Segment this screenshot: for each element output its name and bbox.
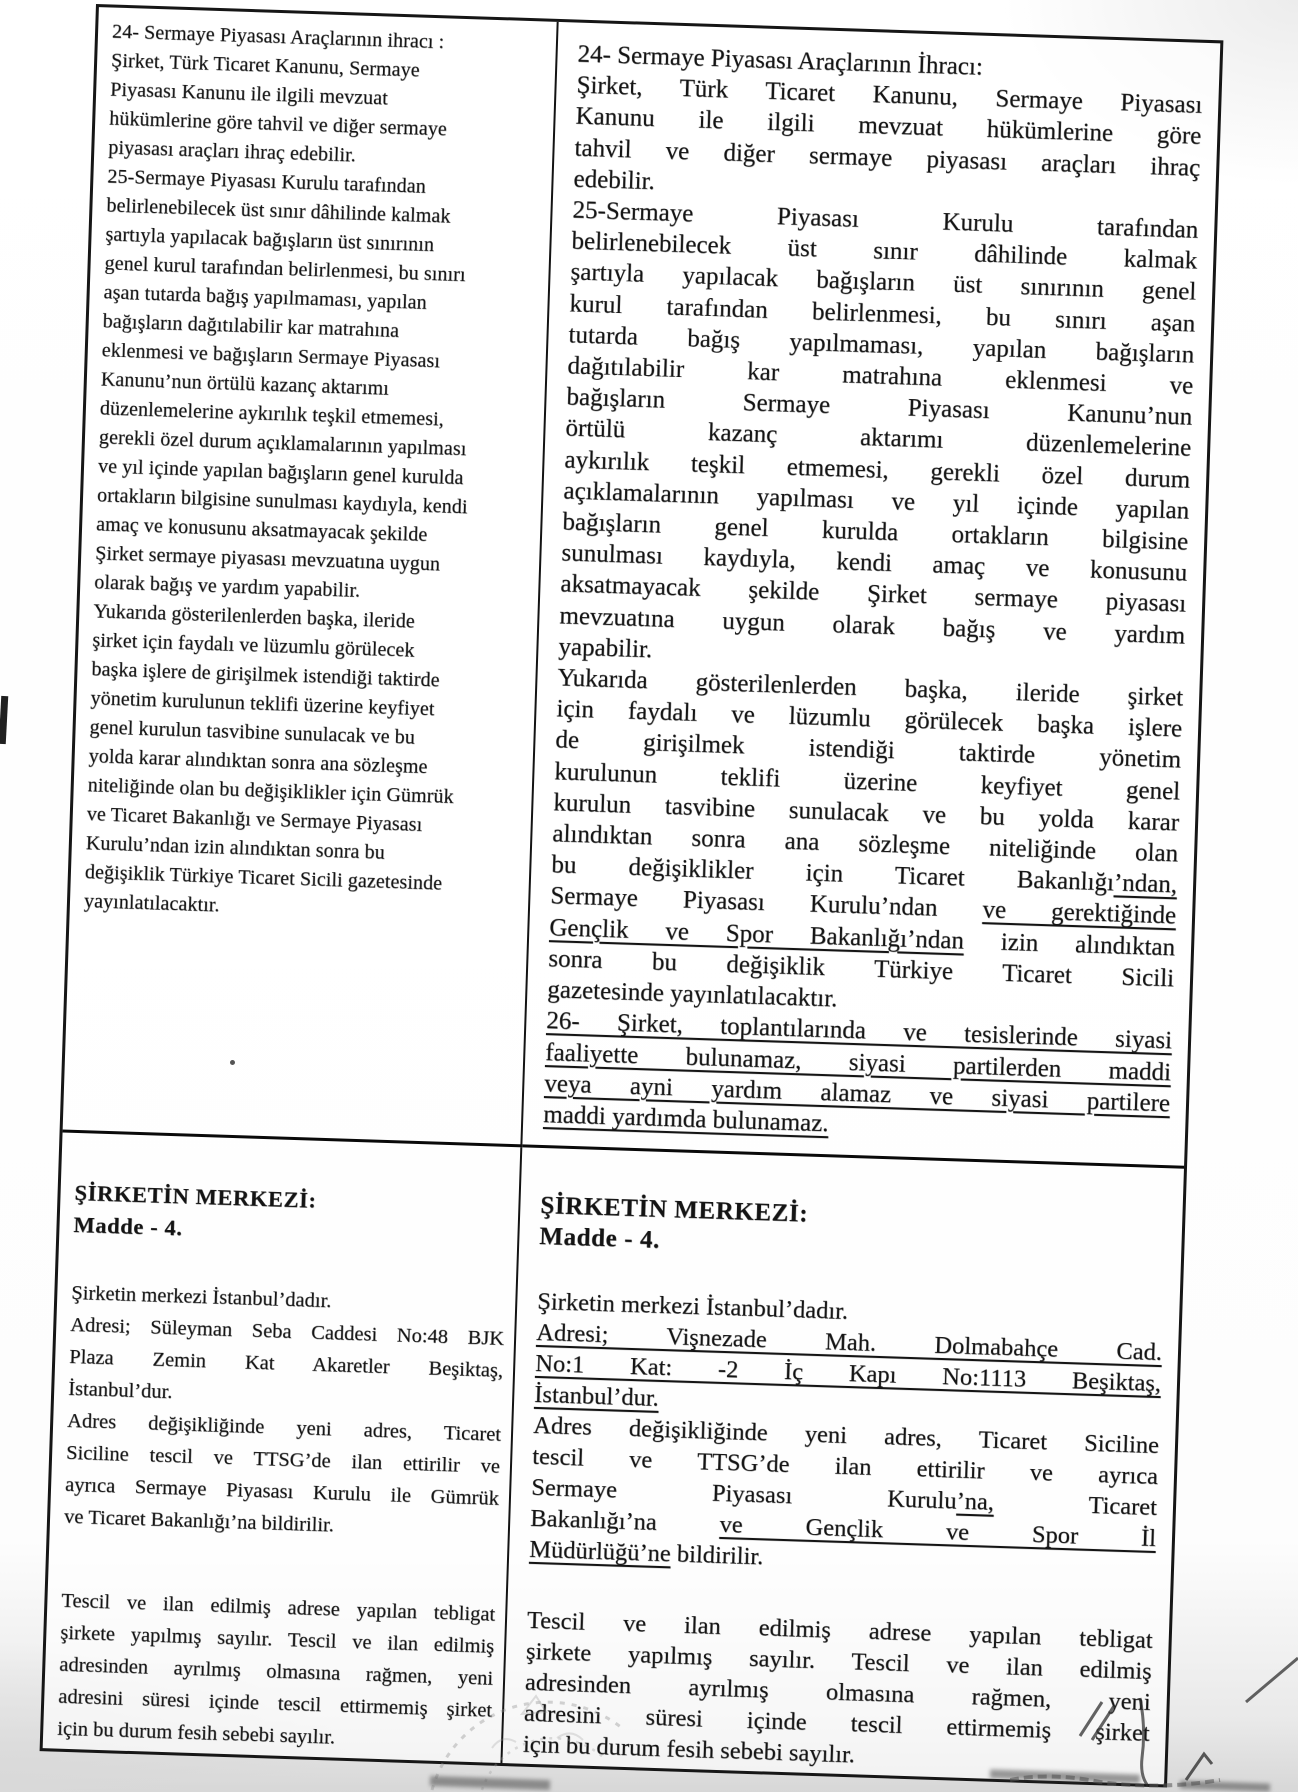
scan-dot-artifact xyxy=(230,1060,235,1065)
underlined-text-segment: maddi yardımda bulunamaz. xyxy=(543,1101,829,1137)
underlined-text-segment: İstanbul’dur. xyxy=(534,1381,659,1412)
text-segment: Bakanlığı’na xyxy=(530,1505,720,1538)
underlined-text-segment: ’ndan, xyxy=(1114,870,1178,899)
text-segment: Şirketin merkezi İstanbul’dadır. xyxy=(71,1282,332,1312)
text-segment: yapabilir. xyxy=(558,633,653,663)
text-segment: ŞİRKETİN MERKEZİ: xyxy=(74,1180,317,1213)
text-segment: izin alındıktan xyxy=(964,927,1176,961)
signature-stroke-marks xyxy=(1010,1640,1298,1792)
underlined-text-segment: ve gerektiğinde xyxy=(982,897,1176,930)
text-segment: İstanbul’dur. xyxy=(68,1378,173,1403)
text-segment: Ticaret xyxy=(994,1489,1158,1521)
amendment-comparison-table: 24- Sermaye Piyasası Araçlarının ihracı … xyxy=(40,4,1224,1788)
text-segment: ve Ticaret Bakanlığı’na bildirilir. xyxy=(64,1506,334,1537)
cell-old-clause-24-25: 24- Sermaye Piyasası Araçlarının ihracı … xyxy=(63,7,559,1147)
underlined-text-segment: ’na, xyxy=(956,1488,994,1516)
text-segment: olarak bağış ve yardım yapabilir. xyxy=(94,571,361,602)
underlined-text-segment: Müdürlüğü’ne xyxy=(529,1536,671,1568)
text-segment: yayınlatılacaktır. xyxy=(84,890,220,916)
scanned-legal-document-page: { "colors": { "ink": "#1c1c1c", "paper":… xyxy=(0,0,1298,1792)
text-segment: için bu durum fesih sebebi sayılır. xyxy=(57,1718,335,1749)
text-segment: Madde - 4. xyxy=(539,1223,660,1254)
text-segment: edebilir. xyxy=(573,165,655,195)
text-segment: piyasası araçları ihraç edebilir. xyxy=(108,136,356,166)
faint-round-stamp-mark xyxy=(372,1618,702,1792)
text-segment: Madde - 4. xyxy=(73,1212,183,1241)
cell-new-clause-24-25: 24- Sermaye Piyasası Araçlarının İhracı:… xyxy=(522,22,1220,1169)
text-segment: bildirilir. xyxy=(670,1540,763,1570)
scan-margin-artifact xyxy=(0,696,8,744)
text-segment: Piyasası Kanunu ile ilgili mevzuat xyxy=(110,79,388,110)
